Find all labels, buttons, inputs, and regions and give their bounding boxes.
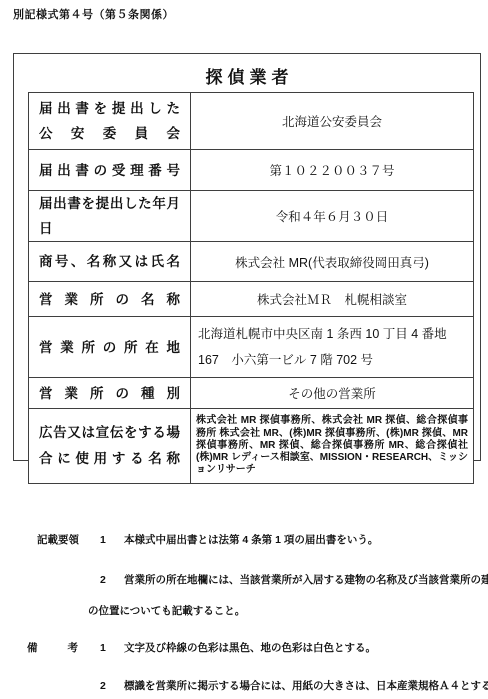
row-label: 広告又は宣伝をする場 bbox=[39, 420, 180, 446]
note-item-number: 1 bbox=[100, 533, 124, 547]
note-heading-spacer bbox=[37, 573, 100, 587]
note-heading-spacer bbox=[37, 679, 100, 693]
note-item-number: 2 bbox=[100, 573, 124, 587]
note-item-text: 営業所の所在地欄には、当該営業所が入居する建物の名称及び当該営業所の建物内 bbox=[124, 573, 488, 587]
row-value: 第１０２２００３７号 bbox=[191, 150, 474, 191]
note-item-text-continued: の位置についても記載すること。 bbox=[88, 604, 245, 618]
registration-table: 届出書を提出した 公安委員会 北海道公安委員会 届出書の受理番号 第１０２２００… bbox=[28, 92, 474, 484]
row-label-cell: 商号、名称又は氏名 bbox=[29, 242, 191, 282]
row-label-cell: 広告又は宣伝をする場 合に使用する名称 bbox=[29, 409, 191, 484]
row-value: 株式会社 MR(代表取締役岡田真弓) bbox=[191, 242, 474, 282]
row-label-cell: 営業所の種別 bbox=[29, 378, 191, 409]
table-row-trade-name: 商号、名称又は氏名 株式会社 MR(代表取締役岡田真弓) bbox=[29, 242, 474, 282]
row-value: 令和４年６月３０日 bbox=[191, 191, 474, 242]
row-value: 北海道札幌市中央区南 1 条西 10 丁目 4 番地 167 小六第一ビル 7 … bbox=[191, 317, 474, 378]
note-item-text: 文字及び枠線の色彩は黒色、地の色彩は白色とする。 bbox=[124, 641, 376, 655]
row-label: 営業所の所在地 bbox=[39, 335, 180, 360]
table-row-submission-date: 届出書を提出した年月日 令和４年６月３０日 bbox=[29, 191, 474, 242]
table-row-office-name: 営業所の名称 株式会社ＭＲ 札幌相談室 bbox=[29, 282, 474, 317]
note-item-text: 標識を営業所に掲示する場合には、用紙の大きさは、日本産業規格Ａ４とする。 bbox=[124, 679, 488, 693]
note-line: 2 営業所の所在地欄には、当該営業所が入居する建物の名称及び当該営業所の建物内 bbox=[37, 573, 488, 587]
row-label: 公安委員会 bbox=[39, 121, 180, 146]
note-heading-char: 備 bbox=[27, 642, 51, 654]
table-row-advertising-names: 広告又は宣伝をする場 合に使用する名称 株式会社 MR 探偵事務所、株式会社 M… bbox=[29, 409, 474, 484]
note-line: 記載要領 1 本様式中届出書とは法第 4 条第 1 項の届出書をいう。 bbox=[37, 533, 378, 547]
row-label-cell: 届出書を提出した 公安委員会 bbox=[29, 93, 191, 150]
table-row-psc: 届出書を提出した 公安委員会 北海道公安委員会 bbox=[29, 93, 474, 150]
form-title: 探偵業者 bbox=[14, 63, 480, 88]
note-line: 備 考 1 文字及び枠線の色彩は黒色、地の色彩は白色とする。 bbox=[27, 641, 481, 655]
table-row-office-type: 営業所の種別 その他の営業所 bbox=[29, 378, 474, 409]
row-value: 株式会社 MR 探偵事務所、株式会社 MR 探偵、総合探偵事務所 株式会社 MR… bbox=[191, 409, 474, 484]
table-row-office-address: 営業所の所在地 北海道札幌市中央区南 1 条西 10 丁目 4 番地 167 小… bbox=[29, 317, 474, 378]
row-label: 合に使用する名称 bbox=[39, 446, 180, 472]
note-line: の位置についても記載すること。 bbox=[88, 604, 245, 618]
row-label: 届出書を提出した bbox=[39, 96, 180, 121]
row-label: 届出書を提出した年月日 bbox=[39, 191, 180, 241]
note-heading: 備 考 bbox=[27, 641, 100, 655]
row-label: 営業所の種別 bbox=[39, 381, 180, 406]
row-value: 株式会社ＭＲ 札幌相談室 bbox=[191, 282, 474, 317]
row-label: 営業所の名称 bbox=[39, 287, 180, 312]
row-label-cell: 届出書の受理番号 bbox=[29, 150, 191, 191]
row-value: 北海道公安委員会 bbox=[191, 93, 474, 150]
row-label: 商号、名称又は氏名 bbox=[39, 249, 180, 274]
row-label-cell: 営業所の所在地 bbox=[29, 317, 191, 378]
table-row-receipt-number: 届出書の受理番号 第１０２２００３７号 bbox=[29, 150, 474, 191]
note-item-text: 本様式中届出書とは法第 4 条第 1 項の届出書をいう。 bbox=[124, 533, 378, 547]
note-heading: 記載要領 bbox=[37, 533, 100, 547]
row-label-cell: 営業所の名称 bbox=[29, 282, 191, 317]
row-label-cell: 届出書を提出した年月日 bbox=[29, 191, 191, 242]
note-item-number: 2 bbox=[100, 679, 124, 693]
row-value: その他の営業所 bbox=[191, 378, 474, 409]
note-heading-char: 考 bbox=[68, 642, 79, 654]
row-label: 届出書の受理番号 bbox=[39, 158, 180, 183]
note-line: 2 標識を営業所に掲示する場合には、用紙の大きさは、日本産業規格Ａ４とする。 bbox=[37, 679, 488, 693]
note-item-number: 1 bbox=[100, 641, 124, 655]
document: { "form_code": "別記様式第４号（第５条関係）", "title"… bbox=[0, 0, 488, 699]
form-code-label: 別記様式第４号（第５条関係） bbox=[13, 6, 174, 22]
